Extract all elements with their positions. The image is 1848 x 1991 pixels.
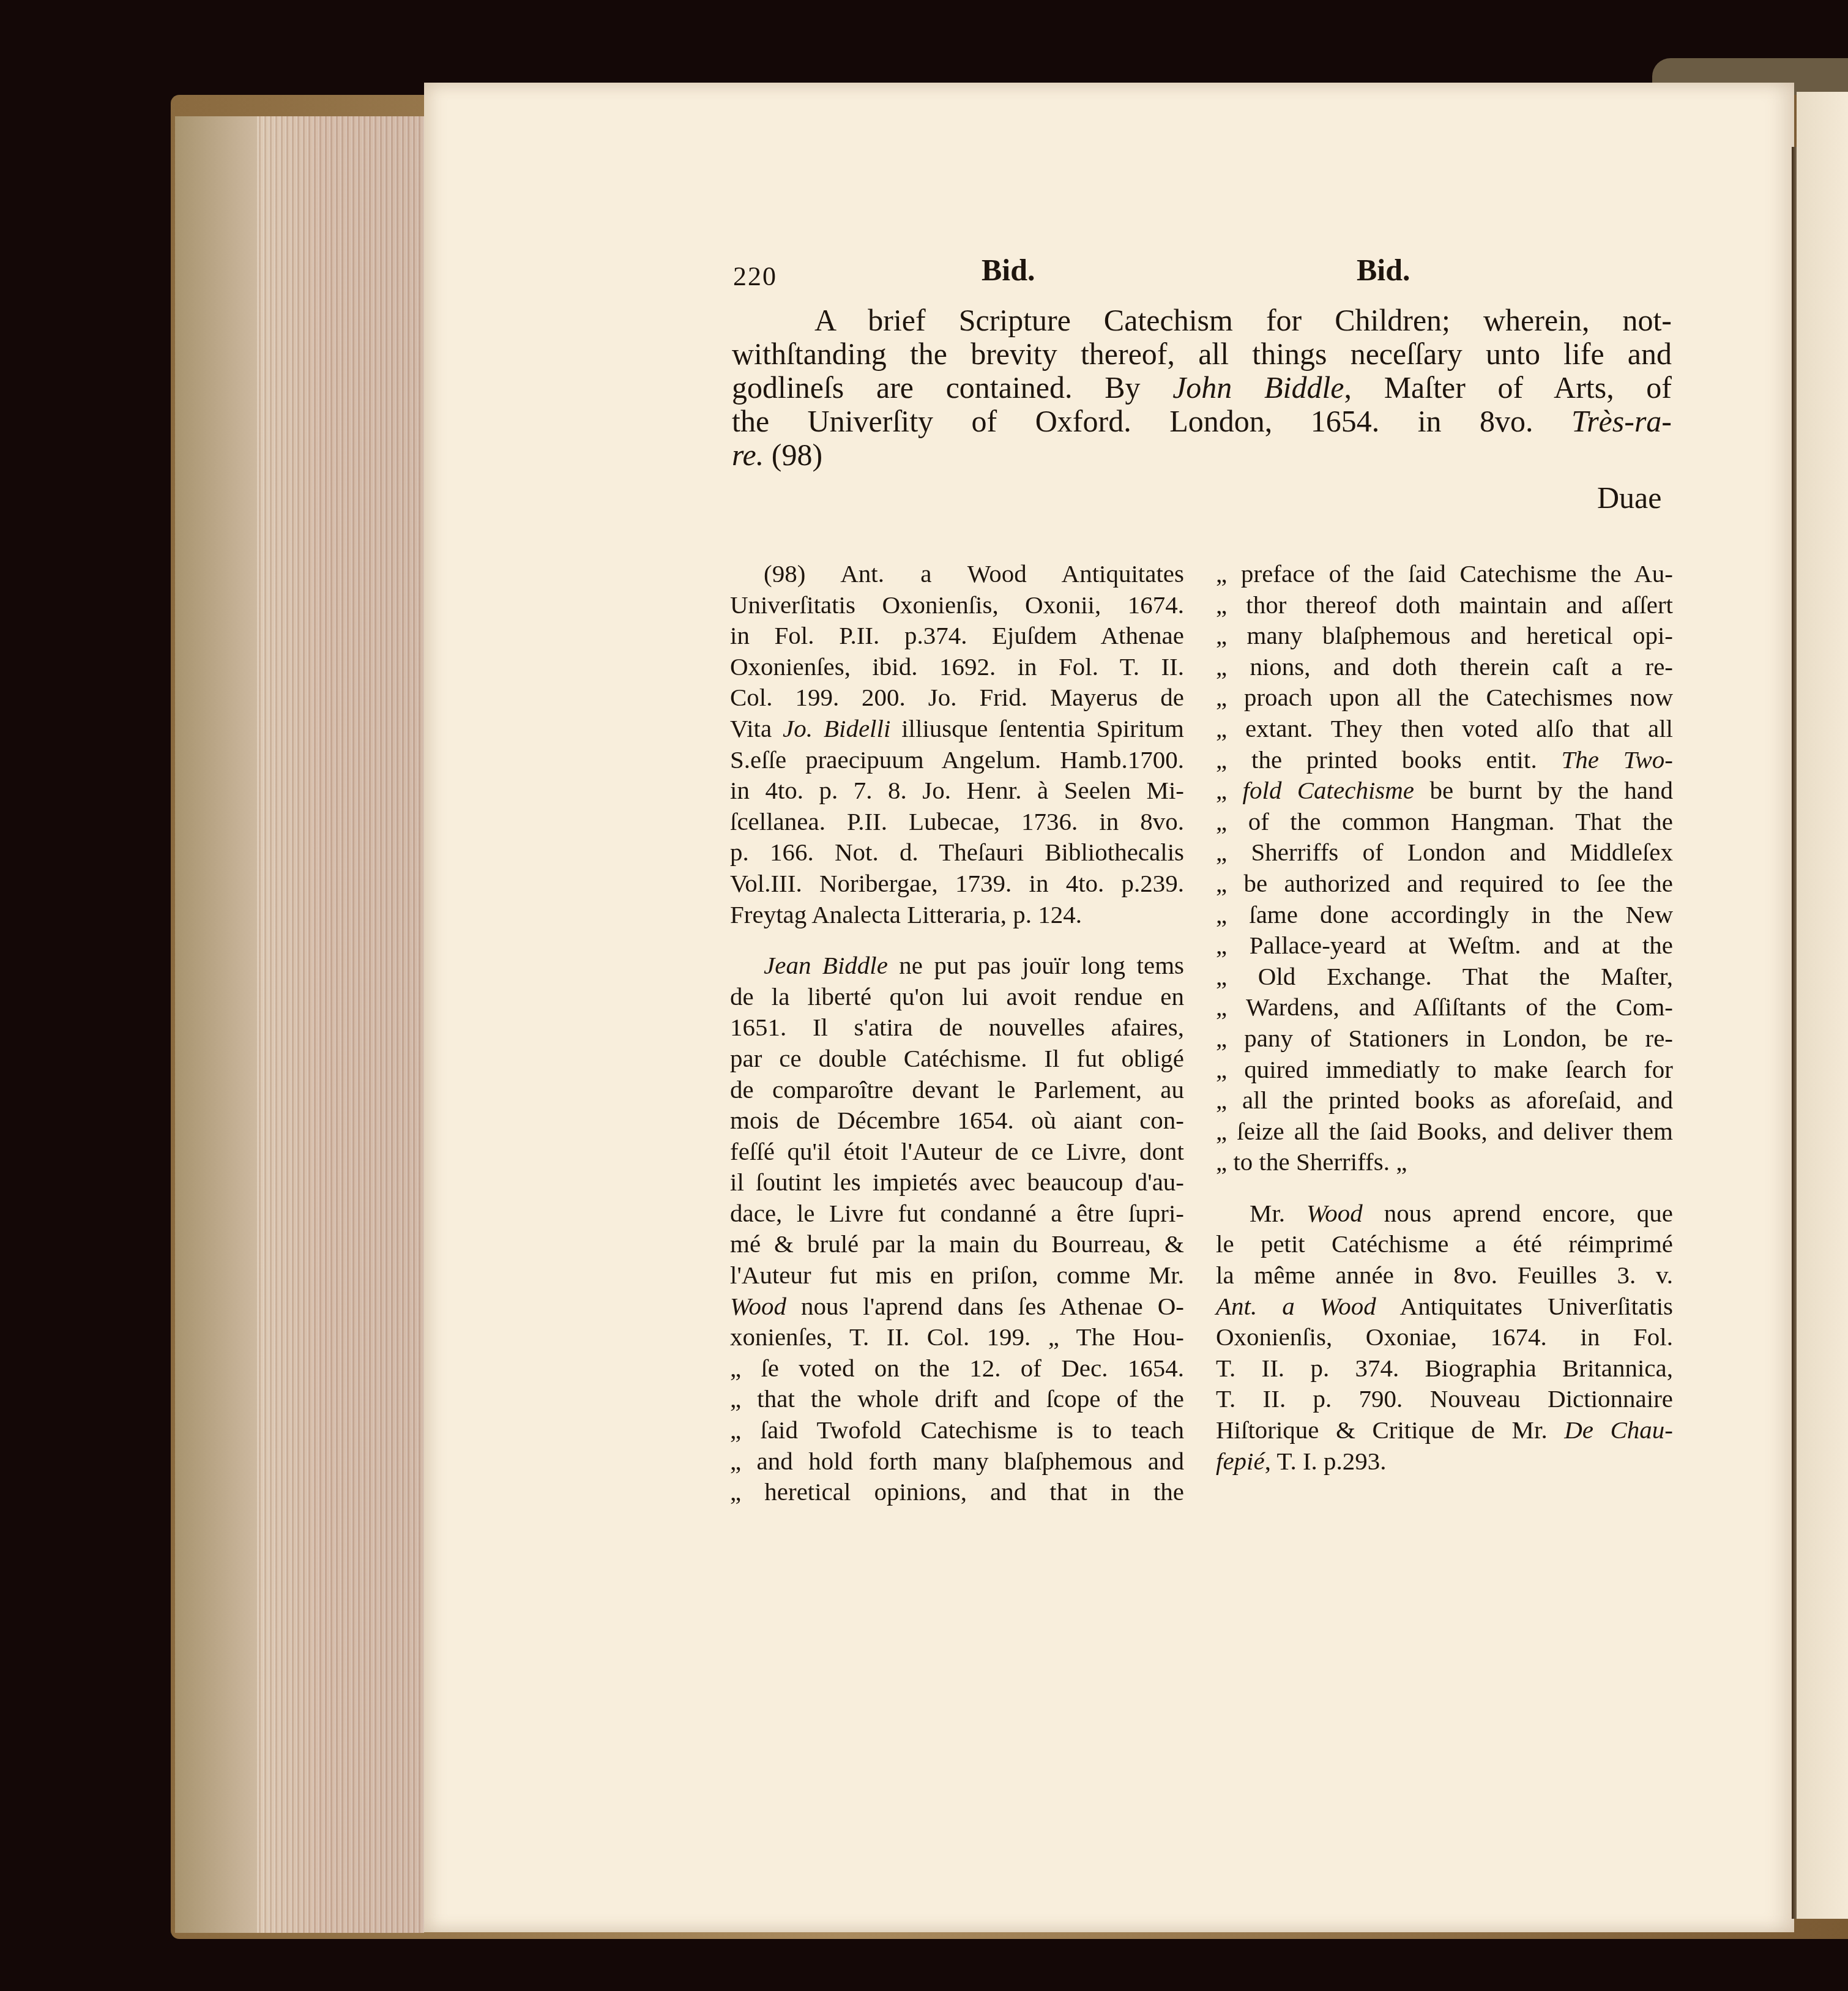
paragraph-line: „ that the whole drift and ſcope of the <box>730 1383 1184 1414</box>
quote-line: „ ſame done accordingly in the New <box>1216 899 1673 930</box>
quote-line: „ fold Catechisme be burnt by the hand <box>1216 775 1673 806</box>
paragraph-line: feſſé qu'il étoit l'Auteur de ce Livre, … <box>730 1136 1184 1167</box>
quote-line: „ Sherriffs of London and Middleſex <box>1216 837 1673 868</box>
footnote-line: ſcellanea. P.II. Lubecae, 1736. in 8vo. <box>730 806 1184 837</box>
paragraph-line: 1651. Il s'atira de nouvelles afaires, <box>730 1012 1184 1043</box>
paragraph-line: l'Auteur fut mis en priſon, comme Mr. <box>730 1260 1184 1291</box>
paragraph-line: „ heretical opinions, and that in the <box>730 1476 1184 1507</box>
paragraph-line: T. II. p. 790. Nouveau Dictionnaire <box>1216 1383 1673 1414</box>
footnote-line: Oxonienſes, ibid. 1692. in Fol. T. II. <box>730 651 1184 682</box>
page-number: 220 <box>733 261 777 292</box>
quote-line: „ Pallace-yeard at Weſtm. and at the <box>1216 930 1673 961</box>
paragraph-line: Ant. a Wood Antiquitates Univerſitatis <box>1216 1291 1673 1322</box>
paragraph-line: par ce double Catéchisme. Il fut obligé <box>730 1043 1184 1074</box>
running-head-left: Bid. <box>982 252 1035 288</box>
quote-line: „ all the printed books as aforeſaid, an… <box>1216 1085 1673 1116</box>
running-head-right: Bid. <box>1357 252 1410 288</box>
quote-line: „ Old Exchange. That the Maſter, <box>1216 961 1673 992</box>
footnote-line: Univerſitatis Oxonienſis, Oxonii, 1674. <box>730 589 1184 621</box>
paragraph-line: mé & brulé par la main du Bourreau, & <box>730 1228 1184 1260</box>
quote-line: „ thor thereof doth maintain and aſſert <box>1216 589 1673 621</box>
paragraph-line: Oxonienſis, Oxoniae, 1674. in Fol. <box>1216 1321 1673 1353</box>
paragraph-line: T. II. p. 374. Biographia Britannica, <box>1216 1353 1673 1384</box>
quote-line: „ to the Sherriffs. „ <box>1216 1146 1673 1178</box>
footnote-line: in Fol. P.II. p.374. Ejuſdem Athenae <box>730 620 1184 651</box>
entry-line: withſtanding the brevity thereof, all th… <box>732 337 1672 371</box>
catchword: Duae <box>1597 480 1662 515</box>
footnote-line: p. 166. Not. d. Theſauri Bibliothecalis <box>730 837 1184 868</box>
entry-line: godlineſs are contained. By John Biddle,… <box>732 371 1672 405</box>
paragraph-line: xonienſes, T. II. Col. 199. „ The Hou- <box>730 1321 1184 1353</box>
quote-line: „ be authorized and required to ſee the <box>1216 868 1673 899</box>
paragraph-line: de la liberté qu'on lui avoit rendue en <box>730 981 1184 1012</box>
facing-page-edge <box>1797 92 1848 1919</box>
footnote-line: S.eſſe praecipuum Angelum. Hamb.1700. <box>730 744 1184 775</box>
footnote-line: Vita Jo. Bidelli illiusque ſententia Spi… <box>730 713 1184 744</box>
quote-line: „ the printed books entit. The Two- <box>1216 744 1673 775</box>
quote-line: „ proach upon all the Catechismes now <box>1216 682 1673 713</box>
quote-line: „ of the common Hangman. That the <box>1216 806 1673 837</box>
paragraph-line: Hiſtorique & Critique de Mr. De Chau- <box>1216 1414 1673 1446</box>
quote-line: „ pany of Stationers in London, be re- <box>1216 1023 1673 1054</box>
quote-line: „ quired immediatly to make ſearch for <box>1216 1054 1673 1085</box>
paragraph-line: de comparoître devant le Parlement, au <box>730 1074 1184 1105</box>
page-edges <box>175 116 424 1933</box>
paragraph-line: mois de Décembre 1654. où aiant con- <box>730 1105 1184 1136</box>
quote-line: „ ſeize all the ſaid Books, and deliver … <box>1216 1116 1673 1147</box>
quote-line: „ extant. They then voted alſo that all <box>1216 713 1673 744</box>
entry-line: the Univerſity of Oxford. London, 1654. … <box>732 405 1672 438</box>
bibliographic-entry: A brief Scripture Catechism for Children… <box>732 304 1672 472</box>
paragraph-line: „ and hold forth many blaſphemous and <box>730 1446 1184 1477</box>
entry-line: A brief Scripture Catechism for Children… <box>732 304 1672 337</box>
paragraph-line: „ ſe voted on the 12. of Dec. 1654. <box>730 1353 1184 1384</box>
quote-line: „ many blaſphemous and heretical opi- <box>1216 620 1673 651</box>
quote-line: „ nions, and doth therein caſt a re- <box>1216 651 1673 682</box>
quote-line: „ preface of the ſaid Catechisme the Au- <box>1216 558 1673 589</box>
paragraph-line: Jean Biddle ne put pas jouïr long tems <box>730 950 1184 981</box>
entry-line: re. (98) <box>732 438 1672 472</box>
paragraph-line: Wood nous l'aprend dans ſes Athenae O- <box>730 1291 1184 1322</box>
paragraph-line: Mr. Wood nous aprend encore, que <box>1216 1198 1673 1229</box>
paragraph-line: le petit Catéchisme a été réimprimé <box>1216 1228 1673 1260</box>
footnote-line: Vol.III. Noribergae, 1739. in 4to. p.239… <box>730 868 1184 899</box>
paragraph-line: fepié, T. I. p.293. <box>1216 1446 1673 1477</box>
author-name: John Biddle <box>1172 370 1344 405</box>
left-column: (98) Ant. a Wood Antiquitates Univerſita… <box>730 558 1184 1507</box>
footnote-line: (98) Ant. a Wood Antiquitates <box>730 558 1184 589</box>
footnote-line: Freytag Analecta Litteraria, p. 124. <box>730 899 1184 930</box>
rarity-note: Très-ra- <box>1571 404 1672 438</box>
paragraph-line: la même année in 8vo. Feuilles 3. v. <box>1216 1260 1673 1291</box>
right-column: „ preface of the ſaid Catechisme the Au-… <box>1216 558 1673 1476</box>
paragraph-line: „ ſaid Twofold Catechisme is to teach <box>730 1414 1184 1446</box>
paragraph-line: il ſoutint les impietés avec beaucoup d'… <box>730 1167 1184 1198</box>
footnote-line: in 4to. p. 7. 8. Jo. Henr. à Seelen Mi- <box>730 775 1184 806</box>
paragraph-line: dace, le Livre fut condanné a être ſupri… <box>730 1198 1184 1229</box>
footnote-line: Col. 199. 200. Jo. Frid. Mayerus de <box>730 682 1184 713</box>
gutter <box>1792 147 1797 1919</box>
endpaper-band <box>175 116 257 1933</box>
quote-line: „ Wardens, and Aſſiſtants of the Com- <box>1216 992 1673 1023</box>
